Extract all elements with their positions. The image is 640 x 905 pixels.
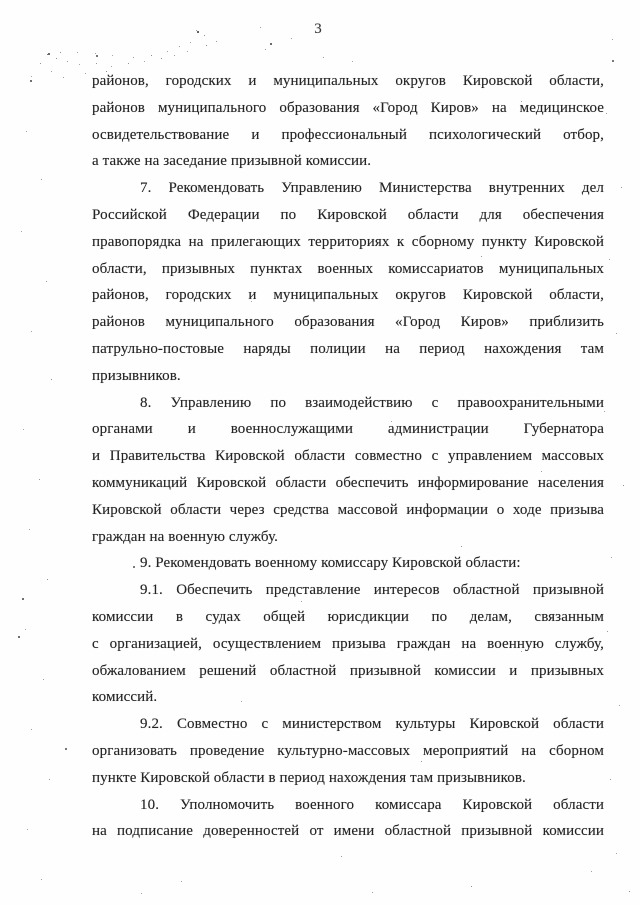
paragraph-9-2: 9.2. Совместно с министерством культуры …: [92, 711, 604, 791]
text-line: 8. Управлению по взаимодействию с правоо…: [92, 390, 604, 417]
text-line: граждан на военную службу.: [92, 524, 604, 551]
text-line: 9.2. Совместно с министерством культуры …: [92, 711, 604, 738]
text-line: районов муниципального образования «Горо…: [92, 95, 604, 122]
text-line: районов муниципального образования «Горо…: [92, 309, 604, 336]
text-line: 10. Уполномочить военного комиссара Киро…: [92, 792, 604, 819]
text-line: призывников.: [92, 363, 604, 390]
text-line: пункте Кировской области в период нахожд…: [92, 765, 604, 792]
document-page: 3 районов, городских и муниципальных окр…: [0, 0, 640, 905]
text-line: комиссии в судах общей юрисдикции по дел…: [92, 604, 604, 631]
document-body: районов, городских и муниципальных округ…: [92, 68, 604, 845]
paragraph-9: 9. Рекомендовать военному комиссару Киро…: [92, 550, 604, 577]
text-line: обжалованием решений областной призывной…: [92, 658, 604, 685]
text-line: Российской Федерации по Кировской област…: [92, 202, 604, 229]
text-line: комиссий.: [92, 684, 604, 711]
text-line: организовать проведение культурно-массов…: [92, 738, 604, 765]
text-line: 9.1. Обеспечить представление интересов …: [92, 577, 604, 604]
text-line: органами и военнослужащими администрации…: [92, 416, 604, 443]
text-line: 9. Рекомендовать военному комиссару Киро…: [92, 550, 604, 577]
text-line: области, призывных пунктах военных комис…: [92, 256, 604, 283]
text-line: а также на заседание призывной комиссии.: [92, 148, 604, 175]
text-line: 7. Рекомендовать Управлению Министерства…: [92, 175, 604, 202]
text-line: коммуникаций Кировской области обеспечит…: [92, 470, 604, 497]
text-line: освидетельствование и профессиональный п…: [92, 122, 604, 149]
text-line: с организацией, осуществлением призыва г…: [92, 631, 604, 658]
paragraph-10: 10. Уполномочить военного комиссара Киро…: [92, 792, 604, 846]
page-number: 3: [0, 21, 636, 38]
paragraph-8: 8. Управлению по взаимодействию с правоо…: [92, 390, 604, 551]
text-line: Кировской области через средства массово…: [92, 497, 604, 524]
paragraph-continuation: районов, городских и муниципальных округ…: [92, 68, 604, 175]
text-line: и Правительства Кировской области совмес…: [92, 443, 604, 470]
text-line: районов, городских и муниципальных округ…: [92, 282, 604, 309]
text-line: патрульно-постовые наряды полиции на пер…: [92, 336, 604, 363]
text-line: правопорядка на прилегающих территориях …: [92, 229, 604, 256]
text-line: на подписание доверенностей от имени обл…: [92, 818, 604, 845]
paragraph-7: 7. Рекомендовать Управлению Министерства…: [92, 175, 604, 389]
scan-noise-dark: [0, 0, 2, 2]
paragraph-9-1: 9.1. Обеспечить представление интересов …: [92, 577, 604, 711]
text-line: районов, городских и муниципальных округ…: [92, 68, 604, 95]
